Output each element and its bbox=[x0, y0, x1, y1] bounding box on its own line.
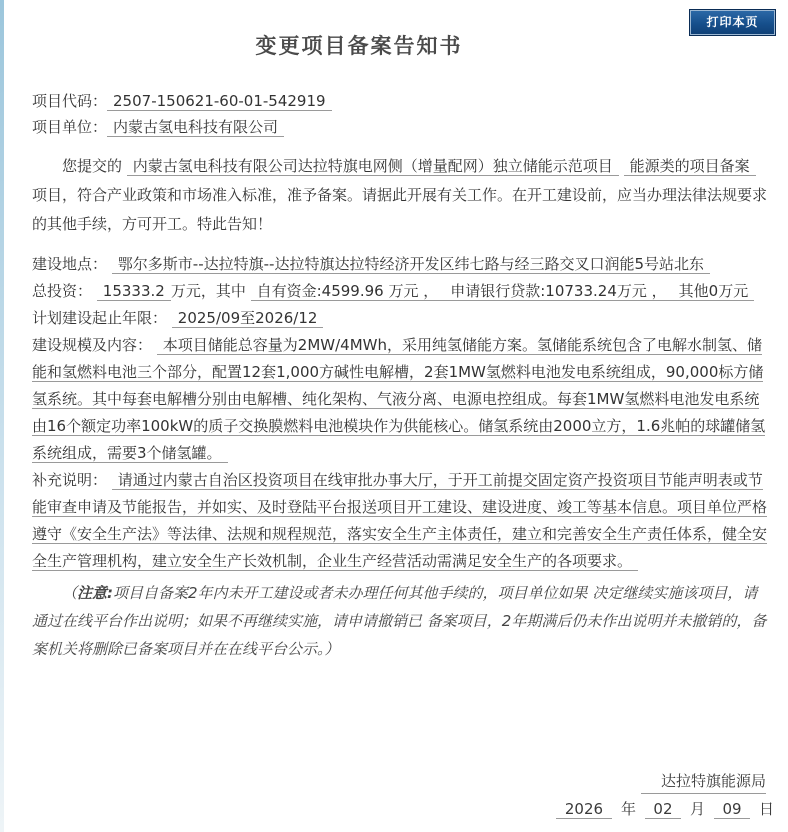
issuer-name: 达拉特旗能源局 bbox=[641, 770, 766, 794]
period-label: 计划建设起止年限： bbox=[32, 309, 167, 327]
project-code-value: 2507-150621-60-01-542919 bbox=[107, 92, 332, 111]
supplement-value: 请通过内蒙古自治区投资项目在线审批办事大厅，于开工前提交固定资产投资项目节能声明… bbox=[32, 471, 767, 571]
other-funds: 其他0万元 bbox=[673, 282, 755, 301]
caution-note: （注意:项目自备案2年内未开工建设或者未办理任何其他手续的，项目单位如果 决定继… bbox=[32, 579, 770, 663]
notice-body: 项目代码：2507-150621-60-01-542919 项目单位：内蒙古氢电… bbox=[32, 88, 770, 663]
date-day: 09 bbox=[714, 800, 750, 819]
project-unit-label: 项目单位： bbox=[32, 118, 107, 136]
page-left-border bbox=[0, 0, 4, 832]
project-unit-row: 项目单位：内蒙古氢电科技有限公司 bbox=[32, 114, 770, 140]
caution-open: （ bbox=[62, 584, 77, 602]
date-year: 2026 bbox=[556, 800, 612, 819]
supplement-row: 补充说明： 请通过内蒙古自治区投资项目在线审批办事大厅，于开工前提交固定资产投资… bbox=[32, 467, 770, 575]
notice-text: 项目，符合产业政策和市场准入标准，准予备案。请据此开展有关工作。在开工建设前，应… bbox=[32, 186, 767, 233]
scale-row: 建设规模及内容： 本项目储能总容量为2MW/4MWh，采用纯氢储能方案。氢储能系… bbox=[32, 332, 770, 467]
period-row: 计划建设起止年限： 2025/09至2026/12 bbox=[32, 305, 770, 332]
total-investment: 15333.2 bbox=[97, 282, 171, 301]
investment-unit: 万元，其中 bbox=[171, 282, 246, 300]
investment-row: 总投资： 15333.2万元，其中 自有资金:4599.96 万元 ，申请银行贷… bbox=[32, 278, 770, 305]
day-unit: 日 bbox=[759, 798, 774, 819]
project-category: 能源类的项目备案 bbox=[624, 157, 756, 176]
issue-date: 2026年02月09日 bbox=[556, 798, 774, 819]
scale-label: 建设规模及内容： bbox=[32, 336, 152, 354]
investment-label: 总投资： bbox=[32, 282, 92, 300]
page-title: 变更项目备案告知书 bbox=[0, 30, 718, 60]
notice-intro: 您提交的 bbox=[62, 157, 122, 175]
supplement-label: 补充说明： bbox=[32, 471, 107, 489]
approval-paragraph: 您提交的 内蒙古氢电科技有限公司达拉特旗电网侧（增量配网）独立储能示范项目 能源… bbox=[32, 152, 770, 239]
bank-loan: 申请银行贷款:10733.24万元 ， bbox=[444, 282, 672, 301]
caution-label: 注意: bbox=[77, 584, 113, 602]
location-label: 建设地点： bbox=[32, 255, 107, 273]
period-value: 2025/09至2026/12 bbox=[172, 309, 324, 328]
project-code-label: 项目代码： bbox=[32, 92, 107, 110]
self-funds: 自有资金:4599.96 万元 ， bbox=[251, 282, 445, 301]
scale-value: 本项目储能总容量为2MW/4MWh，采用纯氢储能方案。氢储能系统包含了电解水制氢… bbox=[32, 336, 765, 463]
location-row: 建设地点： 鄂尔多斯市--达拉特旗--达拉特旗达拉特经济开发区纬七路与经三路交叉… bbox=[32, 251, 770, 278]
location-value: 鄂尔多斯市--达拉特旗--达拉特旗达拉特经济开发区纬七路与经三路交叉口润能5号站… bbox=[112, 255, 710, 274]
month-unit: 月 bbox=[690, 798, 705, 819]
project-unit-value: 内蒙古氢电科技有限公司 bbox=[107, 118, 284, 137]
caution-text: 项目自备案2年内未开工建设或者未办理任何其他手续的，项目单位如果 决定继续实施该… bbox=[32, 584, 766, 658]
year-unit: 年 bbox=[621, 798, 636, 819]
project-code-row: 项目代码：2507-150621-60-01-542919 bbox=[32, 88, 770, 114]
project-name: 内蒙古氢电科技有限公司达拉特旗电网侧（增量配网）独立储能示范项目 bbox=[127, 157, 619, 176]
date-month: 02 bbox=[645, 800, 681, 819]
